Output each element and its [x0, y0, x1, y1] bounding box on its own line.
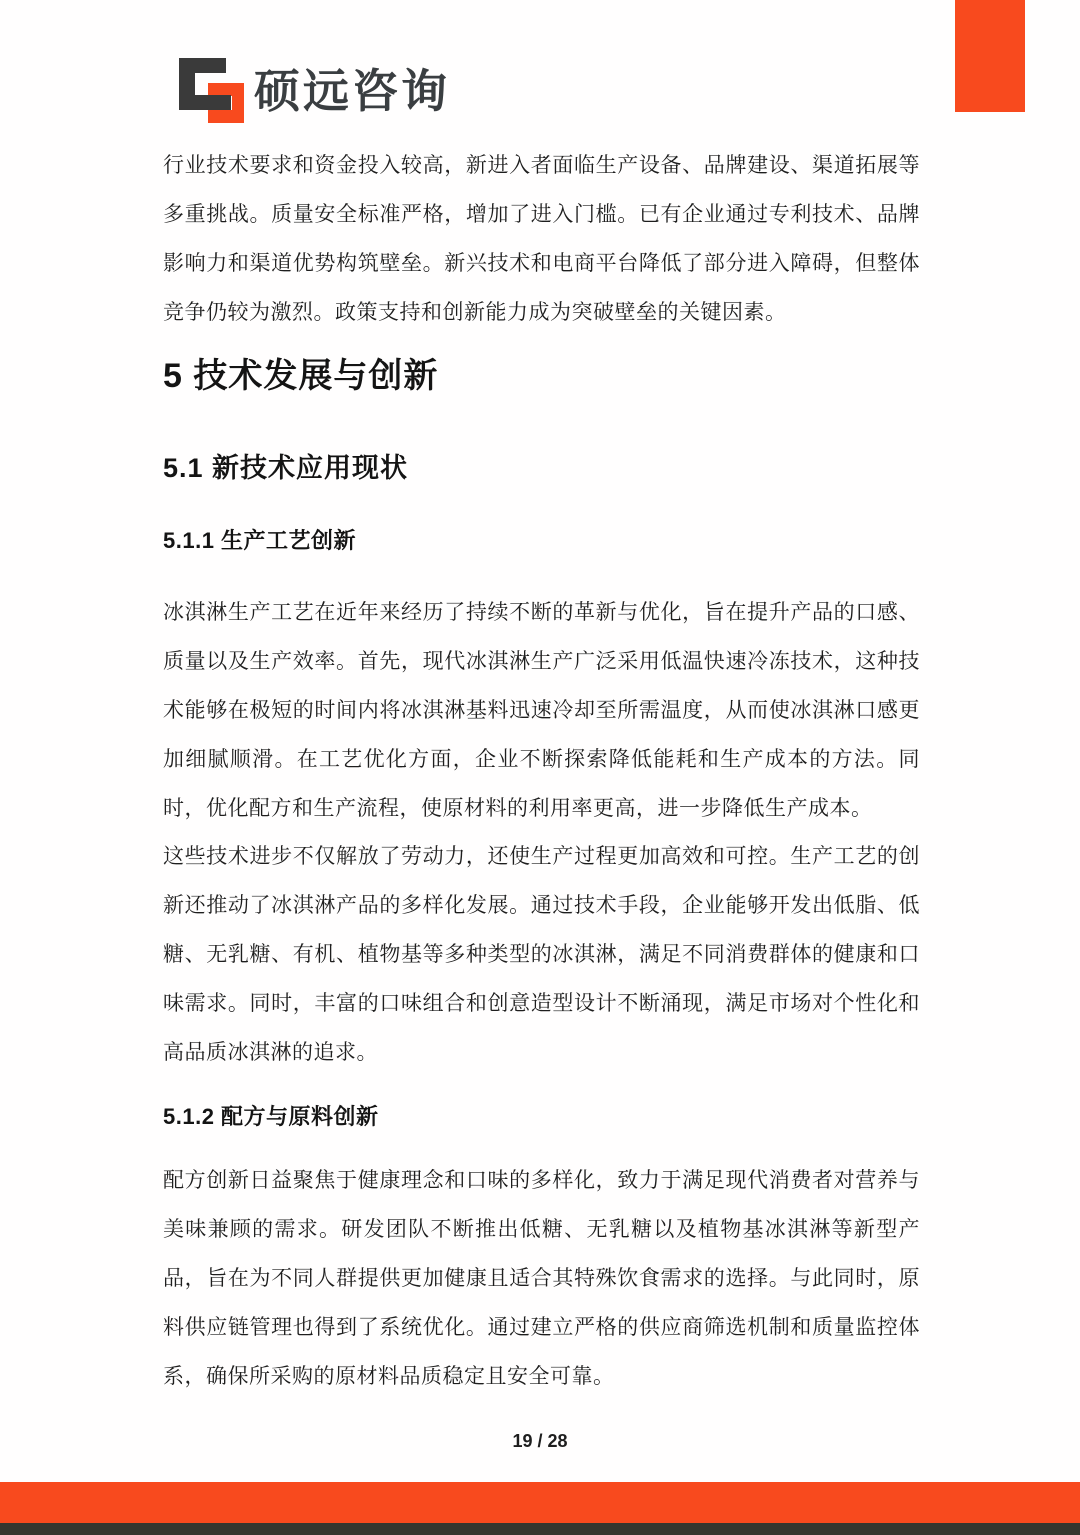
subsection-heading-512: 5.1.2 配方与原料创新	[163, 1100, 379, 1131]
report-page: 硕远咨询 行业技术要求和资金投入较高，新进入者面临生产设备、品牌建设、渠道拓展等…	[0, 0, 1080, 1535]
brand-logo-text: 硕远咨询	[254, 60, 450, 122]
corner-accent-rectangle	[955, 0, 1025, 112]
footer-dark-strip	[0, 1523, 1080, 1535]
chapter-heading: 5 技术发展与创新	[163, 348, 438, 397]
subsection-511-paragraph-1: 冰淇淋生产工艺在近年来经历了持续不断的革新与优化，旨在提升产品的口感、质量以及生…	[163, 588, 920, 833]
subsection-511-paragraph-2: 这些技术进步不仅解放了劳动力，还使生产过程更加高效和可控。生产工艺的创新还推动了…	[163, 832, 920, 1077]
subsection-heading-511: 5.1.1 生产工艺创新	[163, 524, 356, 555]
footer-accent-bar	[0, 1482, 1080, 1523]
page-number: 19 / 28	[0, 1431, 1080, 1452]
section-heading: 5.1 新技术应用现状	[163, 446, 408, 485]
subsection-512-paragraph: 配方创新日益聚焦于健康理念和口味的多样化，致力于满足现代消费者对营养与美味兼顾的…	[163, 1156, 920, 1401]
brand-logo-icon	[178, 57, 244, 123]
intro-paragraph: 行业技术要求和资金投入较高，新进入者面临生产设备、品牌建设、渠道拓展等多重挑战。…	[163, 141, 920, 337]
